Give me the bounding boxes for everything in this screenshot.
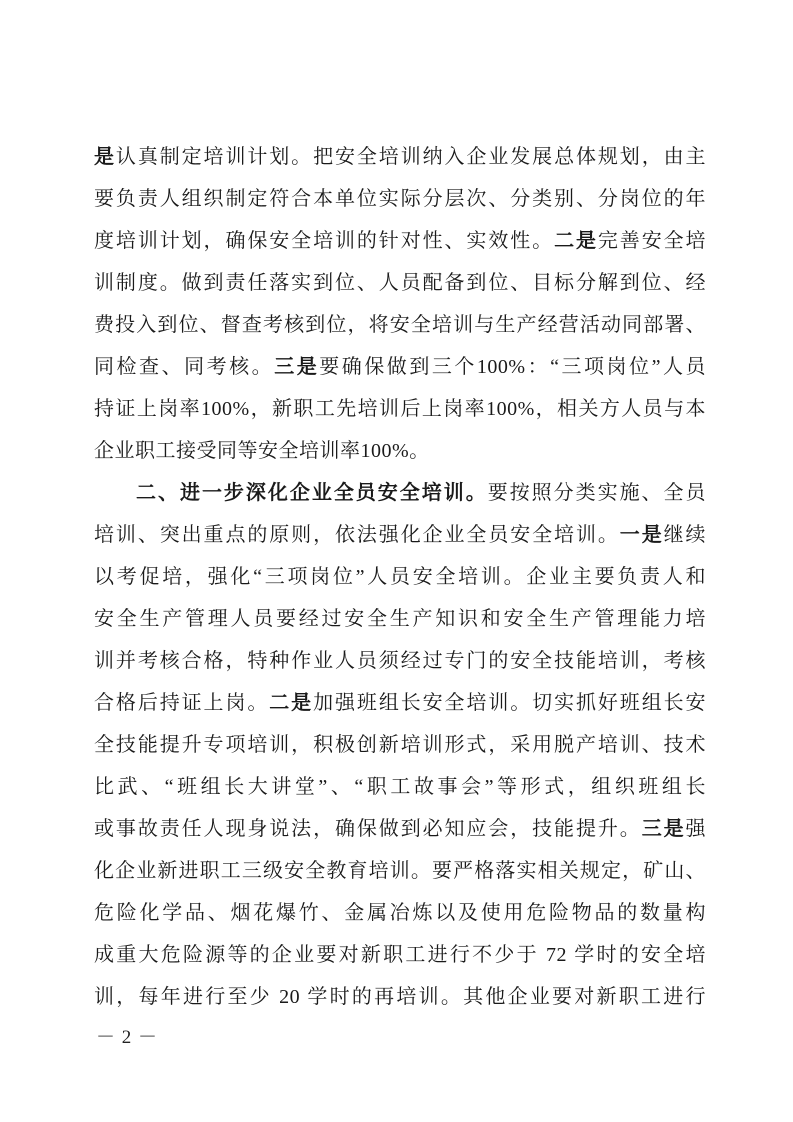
body-text: 训，每年进行至少 20 学时的再培训。其他企业要对新职工进行 [94,986,706,1008]
body-text: 或事故责任人现身说法，确保做到必知应会，技能提升。 [94,818,642,840]
body-text: 完善安全培 [598,230,706,252]
body-text: 比武、“班组长大讲堂”、“职工故事会”等形式，组织班组长 [94,776,706,798]
emphasis-text: 二、进一步深化企业全员安全培训。 [136,482,488,504]
body-text: 同检查、同考核。 [94,356,274,378]
body-text: 加强班组长安全培训。切实抓好班组长安 [313,692,706,714]
text-line: 合格后持证上岗。二是加强班组长安全培训。切实抓好班组长安 [94,682,706,724]
text-line: 培训、突出重点的原则，依法强化企业全员安全培训。一是继续 [94,514,706,556]
text-line: 二、进一步深化企业全员安全培训。要按照分类实施、全员 [94,472,706,514]
text-line: 训并考核合格，特种作业人员须经过专门的安全技能培训，考核 [94,640,706,682]
body-text: 度培训计划，确保安全培训的针对性、实效性。 [94,230,554,252]
text-line: 危险化学品、烟花爆竹、金属冶炼以及使用危险物品的数量构 [94,892,706,934]
text-line: 化企业新进职工三级安全教育培训。要严格落实相关规定，矿山、 [94,850,706,892]
emphasis-text: 二是 [554,230,598,252]
text-line: 训，每年进行至少 20 学时的再培训。其他企业要对新职工进行 [94,976,706,1018]
emphasis-text: 三是 [642,818,686,840]
text-line: 比武、“班组长大讲堂”、“职工故事会”等形式，组织班组长 [94,766,706,808]
body-text: 费投入到位、督查考核到位，将安全培训与生产经营活动同部署、 [94,314,706,336]
emphasis-text: 一是 [620,524,664,546]
page-number: － 2 － [96,1026,158,1050]
text-line: 成重大危险源等的企业要对新职工进行不少于 72 学时的安全培 [94,934,706,976]
body-text: 全技能提升专项培训，积极创新培训形式，采用脱产培训、技术 [94,734,706,756]
text-line: 以考促培，强化“三项岗位”人员安全培训。企业主要负责人和 [94,556,706,598]
emphasis-text: 二是 [269,692,313,714]
text-line: 安全生产管理人员要经过安全生产知识和安全生产管理能力培 [94,598,706,640]
body-text: 要负责人组织制定符合本单位实际分层次、分类别、分岗位的年 [94,188,706,210]
body-text: 继续 [664,524,706,546]
body-text: 安全生产管理人员要经过安全生产知识和安全生产管理能力培 [94,608,706,630]
text-line: 或事故责任人现身说法，确保做到必知应会，技能提升。三是强 [94,808,706,850]
body-text: 认真制定培训计划。把安全培训纳入企业发展总体规划，由主 [116,146,706,168]
body-text: 要确保做到三个100%：“三项岗位”人员 [319,356,706,378]
text-line: 持证上岗率100%，新职工先培训后上岗率100%，相关方人员与本 [94,388,706,430]
body-text: 强 [686,818,707,840]
text-line: 企业职工接受同等安全培训率100%。 [94,430,706,472]
body-text: 化企业新进职工三级安全教育培训。要严格落实相关规定，矿山、 [94,860,706,882]
text-line: 是认真制定培训计划。把安全培训纳入企业发展总体规划，由主 [94,136,706,178]
body-text: 成重大危险源等的企业要对新职工进行不少于 72 学时的安全培 [94,944,706,966]
body-text: 培训、突出重点的原则，依法强化企业全员安全培训。 [94,524,620,546]
body-text: 训并考核合格，特种作业人员须经过专门的安全技能培训，考核 [94,650,706,672]
body-text: 训制度。做到责任落实到位、人员配备到位、目标分解到位、经 [94,272,706,294]
body-text: 合格后持证上岗。 [94,692,269,714]
text-line: 费投入到位、督查考核到位，将安全培训与生产经营活动同部署、 [94,304,706,346]
body-text: 危险化学品、烟花爆竹、金属冶炼以及使用危险物品的数量构 [94,902,706,924]
body-text: 要按照分类实施、全员 [488,482,706,504]
emphasis-text: 是 [94,146,116,168]
body-text: 企业职工接受同等安全培训率100%。 [94,440,430,462]
text-line: 要负责人组织制定符合本单位实际分层次、分类别、分岗位的年 [94,178,706,220]
emphasis-text: 三是 [274,356,319,378]
document-body: 是认真制定培训计划。把安全培训纳入企业发展总体规划，由主要负责人组织制定符合本单… [94,136,706,1018]
document-page: 是认真制定培训计划。把安全培训纳入企业发展总体规划，由主要负责人组织制定符合本单… [0,0,793,1122]
body-text: 持证上岗率100%，新职工先培训后上岗率100%，相关方人员与本 [94,398,706,420]
text-line: 同检查、同考核。三是要确保做到三个100%：“三项岗位”人员 [94,346,706,388]
text-line: 全技能提升专项培训，积极创新培训形式，采用脱产培训、技术 [94,724,706,766]
text-line: 度培训计划，确保安全培训的针对性、实效性。二是完善安全培 [94,220,706,262]
body-text: 以考促培，强化“三项岗位”人员安全培训。企业主要负责人和 [94,566,706,588]
text-line: 训制度。做到责任落实到位、人员配备到位、目标分解到位、经 [94,262,706,304]
